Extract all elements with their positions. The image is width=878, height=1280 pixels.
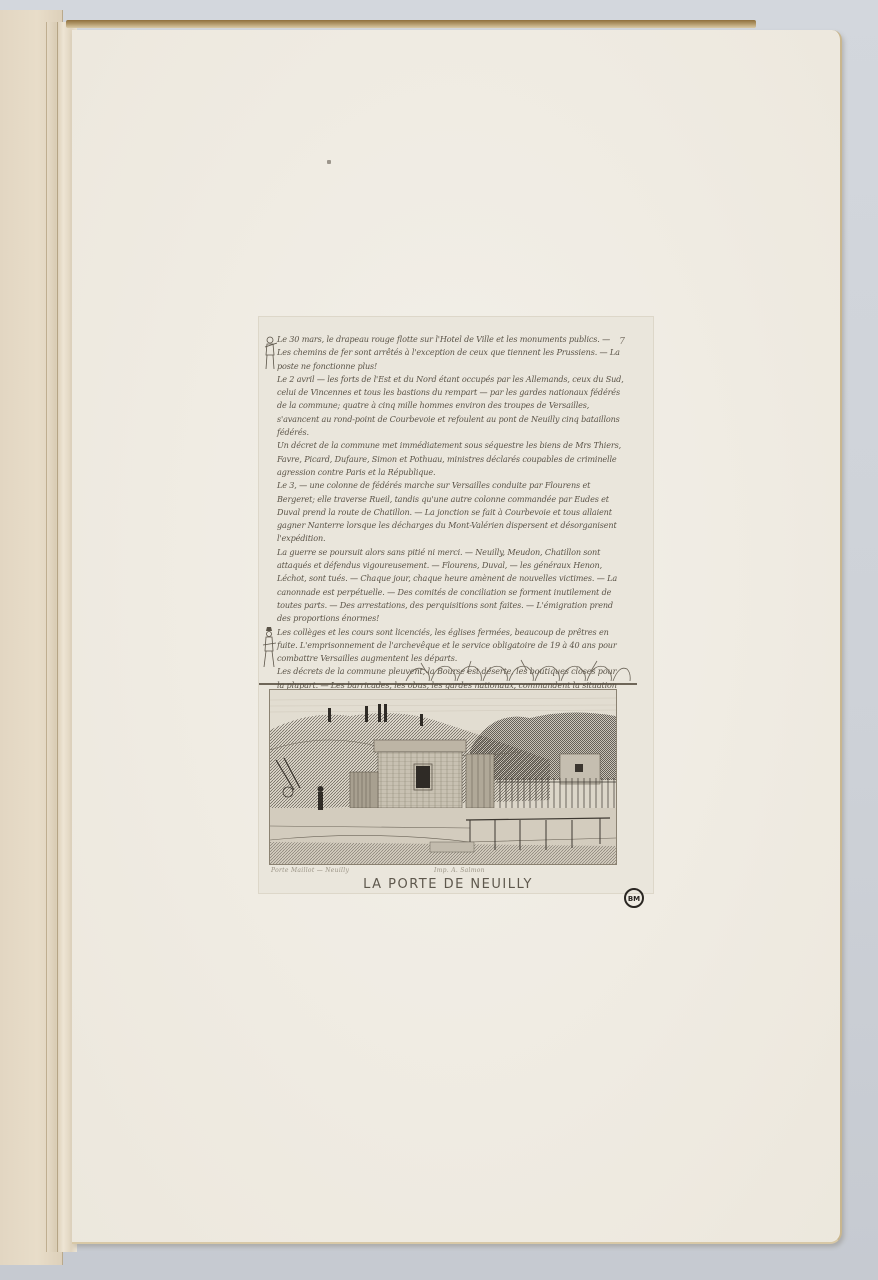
- etching-signature-right: Imp. A. Salmon: [434, 867, 485, 874]
- soldier-with-rifle-icon: [263, 335, 277, 373]
- etching-la-porte-de-neuilly: [269, 689, 617, 865]
- standing-soldier-icon: [262, 625, 276, 669]
- crowd-of-soldiers-icon: [401, 659, 631, 681]
- paragraph-decree: Un décret de la commune met immédiatemen…: [277, 439, 625, 479]
- paragraph-april-2: Le 2 avril — les forts de l'Est et du No…: [277, 373, 625, 439]
- paper-speck: [327, 160, 331, 164]
- manuscript-text: Le 30 mars, le drapeau rouge flotte sur …: [277, 333, 625, 705]
- page-stack-edge: [66, 20, 756, 28]
- etched-plate: 7 Le 30 mars, le drapeau rouge flotte su…: [258, 316, 654, 894]
- paragraph-april-3: Le 3, — une colonne de fédérés marche su…: [277, 479, 625, 545]
- paragraph-march-30: Le 30 mars, le drapeau rouge flotte sur …: [277, 333, 625, 373]
- paragraph-war: La guerre se poursuit alors sans pitié n…: [277, 546, 625, 626]
- manuscript-panel: 7 Le 30 mars, le drapeau rouge flotte su…: [259, 317, 637, 685]
- album-page: 7 Le 30 mars, le drapeau rouge flotte su…: [72, 30, 842, 1244]
- etching-signature-left: Porte Maillot — Neuilly: [271, 867, 349, 874]
- collection-stamp-icon: BM: [624, 888, 644, 908]
- plate-title: LA PORTE DE NEUILLY: [259, 877, 637, 892]
